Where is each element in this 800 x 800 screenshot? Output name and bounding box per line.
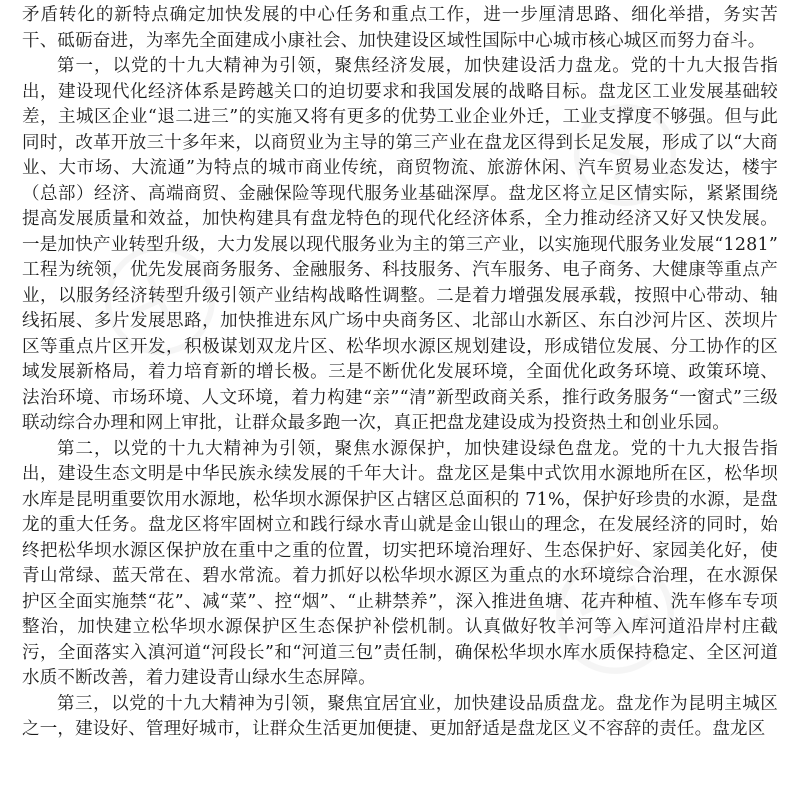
paragraph-first-point: 第一，以党的十九大精神为引领，聚焦经济发展，加快建设活力盘龙。党的十九大报告指出… <box>22 54 778 437</box>
paragraph-continuation: 矛盾转化的新特点确定加快发展的中心任务和重点工作，进一步厘清思路、细化举措，务实… <box>22 3 778 54</box>
paragraph-second-point: 第二，以党的十九大精神为引领，聚焦水源保护，加快建设绿色盘龙。党的十九大报告指出… <box>22 437 778 692</box>
paragraph-third-point: 第三，以党的十九大精神为引领，聚焦宜居宜业，加快建设品质盘龙。盘龙作为昆明主城区… <box>22 692 778 743</box>
document-page: 矛盾转化的新特点确定加快发展的中心任务和重点工作，进一步厘清思路、细化举措，务实… <box>0 0 800 800</box>
